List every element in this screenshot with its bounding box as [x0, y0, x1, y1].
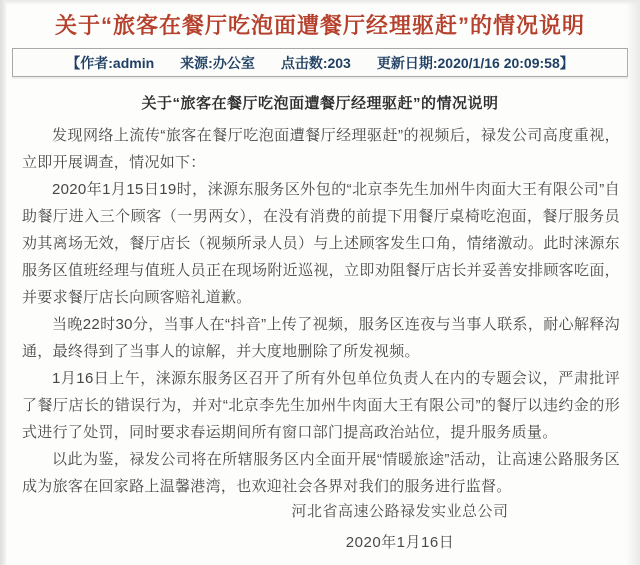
paragraph-video-response: 当晚22时30分，当事人在“抖音”上传了视频，服务区连夜与当事人联系，耐心解释沟…	[22, 311, 620, 365]
scan-edge-top	[0, 0, 640, 5]
meta-bracket-close: 】	[560, 53, 574, 73]
scan-edge-right	[626, 0, 640, 565]
paragraph-conclusion: 以此为鉴，禄发公司将在所辖服务区内全面开展“情暖旅途”活动，让高速公路服务区成为…	[22, 446, 620, 500]
meta-author: 作者:admin	[80, 53, 154, 73]
article-page: 关于“旅客在餐厅吃泡面遭餐厅经理驱赶”的情况说明 【 作者:admin 来源:办…	[0, 0, 640, 565]
meta-update-date: 更新日期:2020/1/16 20:09:58	[377, 53, 560, 73]
paragraph-meeting-penalty: 1月16日上午，涞源东服务区召开了所有外包单位负责人在内的专题会议，严肃批评了餐…	[22, 365, 620, 446]
signature-block: 河北省高速公路禄发实业总公司 2020年1月16日	[160, 496, 640, 558]
meta-hit-count: 点击数:203	[281, 53, 351, 73]
paragraph-intro: 发现网络上流传“旅客在餐厅吃泡面遭餐厅经理驱赶”的视频后，禄发公司高度重视，立即…	[22, 122, 620, 176]
signature-date: 2020年1月16日	[160, 527, 640, 558]
document-subtitle: 关于“旅客在餐厅吃泡面遭餐厅经理驱赶”的情况说明	[0, 92, 640, 113]
scan-edge-left	[0, 0, 7, 565]
article-meta-bar: 【 作者:admin 来源:办公室 点击数:203 更新日期:2020/1/16…	[12, 48, 628, 77]
paragraph-incident: 2020年1月15日19时，涞源东服务区外包的“北京李先生加州牛肉面大王有限公司…	[22, 176, 620, 311]
page-title: 关于“旅客在餐厅吃泡面遭餐厅经理驱赶”的情况说明	[16, 13, 624, 39]
document-body: 发现网络上流传“旅客在餐厅吃泡面遭餐厅经理驱赶”的视频后，禄发公司高度重视，立即…	[22, 122, 620, 500]
meta-bracket-open: 【	[66, 53, 80, 73]
meta-source: 来源:办公室	[180, 53, 255, 73]
signature-company: 河北省高速公路禄发实业总公司	[160, 496, 640, 527]
